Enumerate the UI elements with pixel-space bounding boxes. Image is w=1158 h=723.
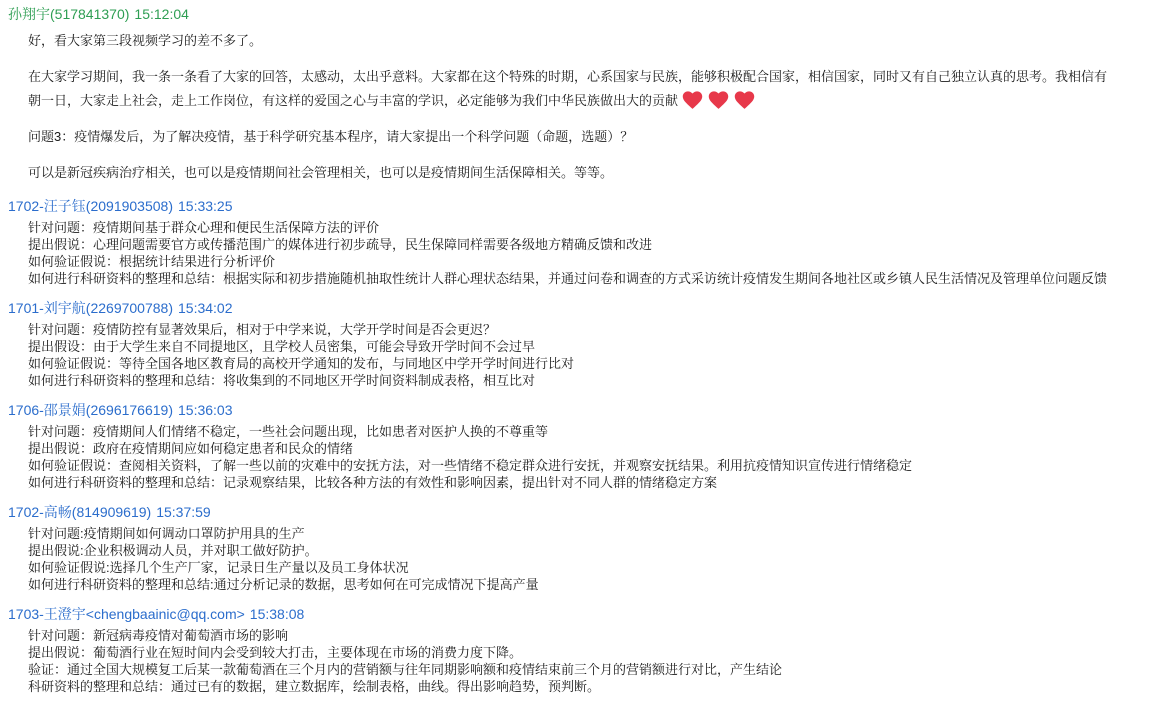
timestamp: 15:36:03 <box>178 402 233 418</box>
message-body: 针对问题:疫情期间如何调动口罩防护用具的生产 提出假说:企业积极调动人员，并对职… <box>28 525 1113 593</box>
chat-message-1: 孙翔宇(517841370)15:12:04 好，看大家第三段视频学习的差不多了… <box>8 5 1138 185</box>
timestamp: 15:38:08 <box>250 606 305 622</box>
chat-message-4: 1706-邵景娟(2696176619)15:36:03 针对问题：疫情期间人们… <box>8 401 1138 491</box>
heart-icon <box>707 89 730 110</box>
chat-message-6: 1703-王澄宇<chengbaainic@qq.com>15:38:08 针对… <box>8 605 1138 695</box>
message-body: 好，看大家第三段视频学习的差不多了。 在大家学习期间，我一条一条看了大家的回答，… <box>28 29 1113 185</box>
sender-name[interactable]: 1701-刘宇航(2269700788) <box>8 300 173 316</box>
chat-message-2: 1702-汪子钰(2091903508)15:33:25 针对问题：疫情期间基于… <box>8 197 1138 287</box>
message-header: 1701-刘宇航(2269700788)15:34:02 <box>8 299 1138 317</box>
message-header: 1702-汪子钰(2091903508)15:33:25 <box>8 197 1138 215</box>
chat-message-5: 1702-高畅(814909619)15:37:59 针对问题:疫情期间如何调动… <box>8 503 1138 593</box>
heart-emojis <box>678 93 756 108</box>
message-paragraph: 问题3：疫情爆发后，为了解决疫情，基于科学研究基本程序，请大家提出一个科学问题（… <box>28 125 1113 149</box>
sender-name[interactable]: 孙翔宇(517841370) <box>8 6 129 22</box>
message-line: 提出假设：由于大学生来自不同提地区，且学校人员密集，可能会导致开学时间不会过早 <box>28 338 1113 355</box>
chat-message-3: 1701-刘宇航(2269700788)15:34:02 针对问题：疫情防控有显… <box>8 299 1138 389</box>
message-header: 1706-邵景娟(2696176619)15:36:03 <box>8 401 1138 419</box>
message-line: 针对问题：疫情期间人们情绪不稳定，一些社会问题出现，比如患者对医护人换的不尊重等 <box>28 423 1113 440</box>
message-line: 提出假说：葡萄酒行业在短时间内会受到较大打击，主要体现在市场的消费力度下降。 <box>28 644 1113 661</box>
message-line: 如何验证假说：查阅相关资料，了解一些以前的灾难中的安抚方法，对一些情绪不稳定群众… <box>28 457 1113 474</box>
message-line: 如何验证假说：等待全国各地区教育局的高校开学通知的发布，与同地区中学开学时间进行… <box>28 355 1113 372</box>
message-line: 针对问题：新冠病毒疫情对葡萄酒市场的影响 <box>28 627 1113 644</box>
message-line: 如何进行科研资料的整理和总结:通过分析记录的数据，思考如何在可完成情况下提高产量 <box>28 576 1113 593</box>
chat-log[interactable]: 孙翔宇(517841370)15:12:04 好，看大家第三段视频学习的差不多了… <box>0 0 1158 695</box>
message-paragraph: 可以是新冠疾病治疗相关，也可以是疫情期间社会管理相关，也可以是疫情期间生活保障相… <box>28 161 1113 185</box>
message-paragraph: 好，看大家第三段视频学习的差不多了。 <box>28 29 1113 53</box>
message-paragraph: 在大家学习期间，我一条一条看了大家的回答，太感动，太出乎意料。大家都在这个特殊的… <box>28 65 1113 113</box>
heart-icon <box>681 89 704 110</box>
message-line: 如何进行科研资料的整理和总结：将收集到的不同地区开学时间资料制成表格，相互比对 <box>28 372 1113 389</box>
sender-name[interactable]: 1703-王澄宇<chengbaainic@qq.com> <box>8 606 245 622</box>
message-line: 针对问题：疫情防控有显著效果后，相对于中学来说，大学开学时间是否会更迟？ <box>28 321 1113 338</box>
message-body: 针对问题：疫情期间人们情绪不稳定，一些社会问题出现，比如患者对医护人换的不尊重等… <box>28 423 1113 491</box>
message-line: 提出假说：心理问题需要官方或传播范围广的媒体进行初步疏导，民生保障同样需要各级地… <box>28 236 1113 253</box>
message-header: 孙翔宇(517841370)15:12:04 <box>8 5 1138 23</box>
sender-name[interactable]: 1702-汪子钰(2091903508) <box>8 198 173 214</box>
timestamp: 15:12:04 <box>134 6 189 22</box>
message-line: 科研资料的整理和总结：通过已有的数据，建立数据库，绘制表格，曲线。得出影响趋势，… <box>28 678 1113 695</box>
timestamp: 15:37:59 <box>156 504 211 520</box>
heart-icon <box>733 89 756 110</box>
message-line: 提出假说：政府在疫情期间应如何稳定患者和民众的情绪 <box>28 440 1113 457</box>
message-body: 针对问题：疫情期间基于群众心理和便民生活保障方法的评价 提出假说：心理问题需要官… <box>28 219 1113 287</box>
paragraph-text: 在大家学习期间，我一条一条看了大家的回答，太感动，太出乎意料。大家都在这个特殊的… <box>28 69 1107 108</box>
message-line: 针对问题:疫情期间如何调动口罩防护用具的生产 <box>28 525 1113 542</box>
message-body: 针对问题：新冠病毒疫情对葡萄酒市场的影响 提出假说：葡萄酒行业在短时间内会受到较… <box>28 627 1113 695</box>
timestamp: 15:34:02 <box>178 300 233 316</box>
message-header: 1703-王澄宇<chengbaainic@qq.com>15:38:08 <box>8 605 1138 623</box>
message-header: 1702-高畅(814909619)15:37:59 <box>8 503 1138 521</box>
message-line: 提出假说:企业积极调动人员，并对职工做好防护。 <box>28 542 1113 559</box>
message-body: 针对问题：疫情防控有显著效果后，相对于中学来说，大学开学时间是否会更迟？ 提出假… <box>28 321 1113 389</box>
timestamp: 15:33:25 <box>178 198 233 214</box>
message-line: 如何进行科研资料的整理和总结：根据实际和初步措施随机抽取性统计人群心理状态结果，… <box>28 270 1113 287</box>
sender-name[interactable]: 1702-高畅(814909619) <box>8 504 151 520</box>
message-line: 针对问题：疫情期间基于群众心理和便民生活保障方法的评价 <box>28 219 1113 236</box>
message-line: 如何进行科研资料的整理和总结：记录观察结果，比较各种方法的有效性和影响因素，提出… <box>28 474 1113 491</box>
message-line: 验证：通过全国大规模复工后某一款葡萄酒在三个月内的营销额与往年同期影响额和疫情结… <box>28 661 1113 678</box>
message-line: 如何验证假说：根据统计结果进行分析评价 <box>28 253 1113 270</box>
sender-name[interactable]: 1706-邵景娟(2696176619) <box>8 402 173 418</box>
message-line: 如何验证假说:选择几个生产厂家，记录日生产量以及员工身体状况 <box>28 559 1113 576</box>
